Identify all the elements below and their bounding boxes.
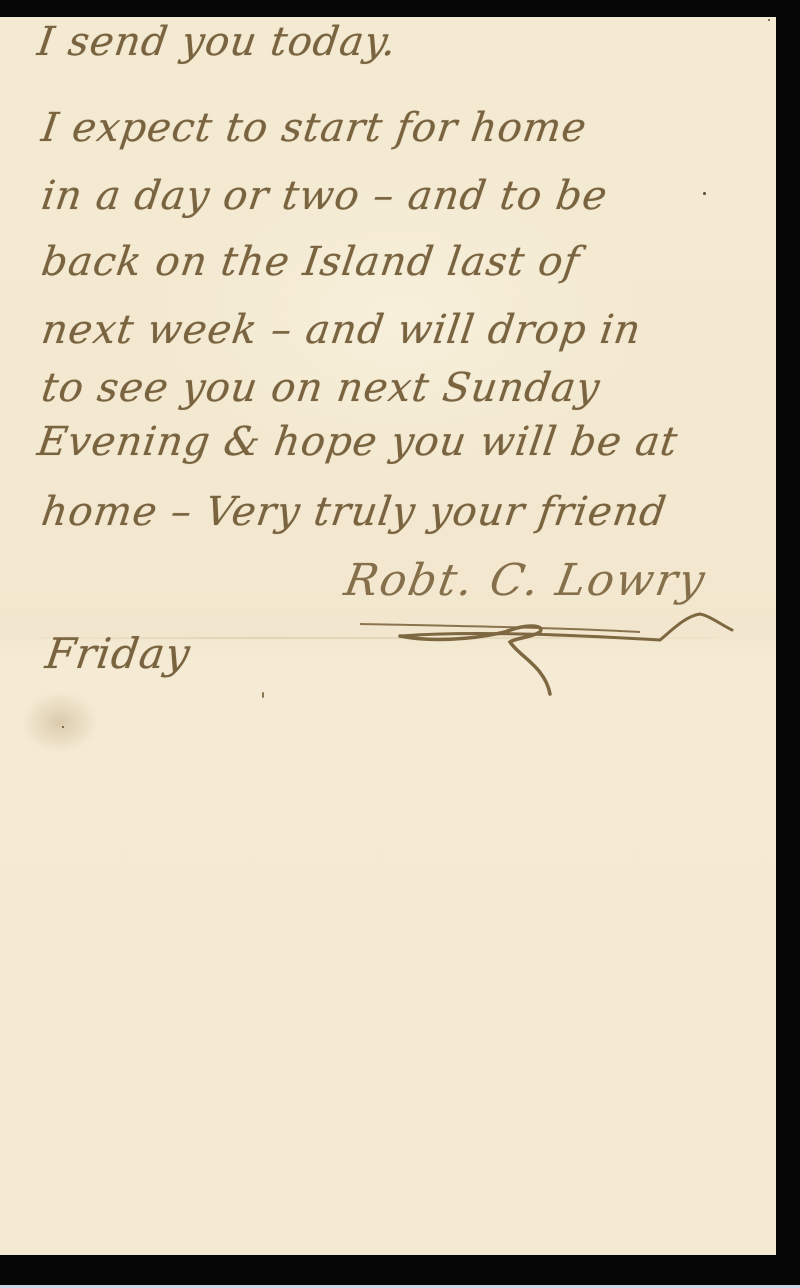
letter-paper: I send you today. I expect to start for … xyxy=(0,17,776,1255)
letter-line-1: I send you today. xyxy=(35,19,400,65)
letter-line-5: next week – and will drop in xyxy=(39,307,644,353)
dateline: Friday xyxy=(43,629,194,678)
signature: Robt. C. Lowry xyxy=(341,555,711,606)
paper-speck xyxy=(262,692,264,698)
letter-line-8: home – Very truly your friend xyxy=(39,489,670,535)
scanned-letter: I send you today. I expect to start for … xyxy=(0,0,800,1288)
paper-speck xyxy=(768,19,770,21)
paper-speck xyxy=(62,726,64,728)
paper-speck xyxy=(703,192,706,195)
letter-line-6: to see you on next Sunday xyxy=(39,365,603,411)
letter-line-7: Evening & hope you will be at xyxy=(35,419,681,465)
letter-line-2: I expect to start for home xyxy=(39,105,590,151)
signature-flourish xyxy=(340,602,740,702)
letter-line-4: back on the Island last of xyxy=(39,239,583,285)
letter-line-3: in a day or two – and to be xyxy=(39,173,611,219)
